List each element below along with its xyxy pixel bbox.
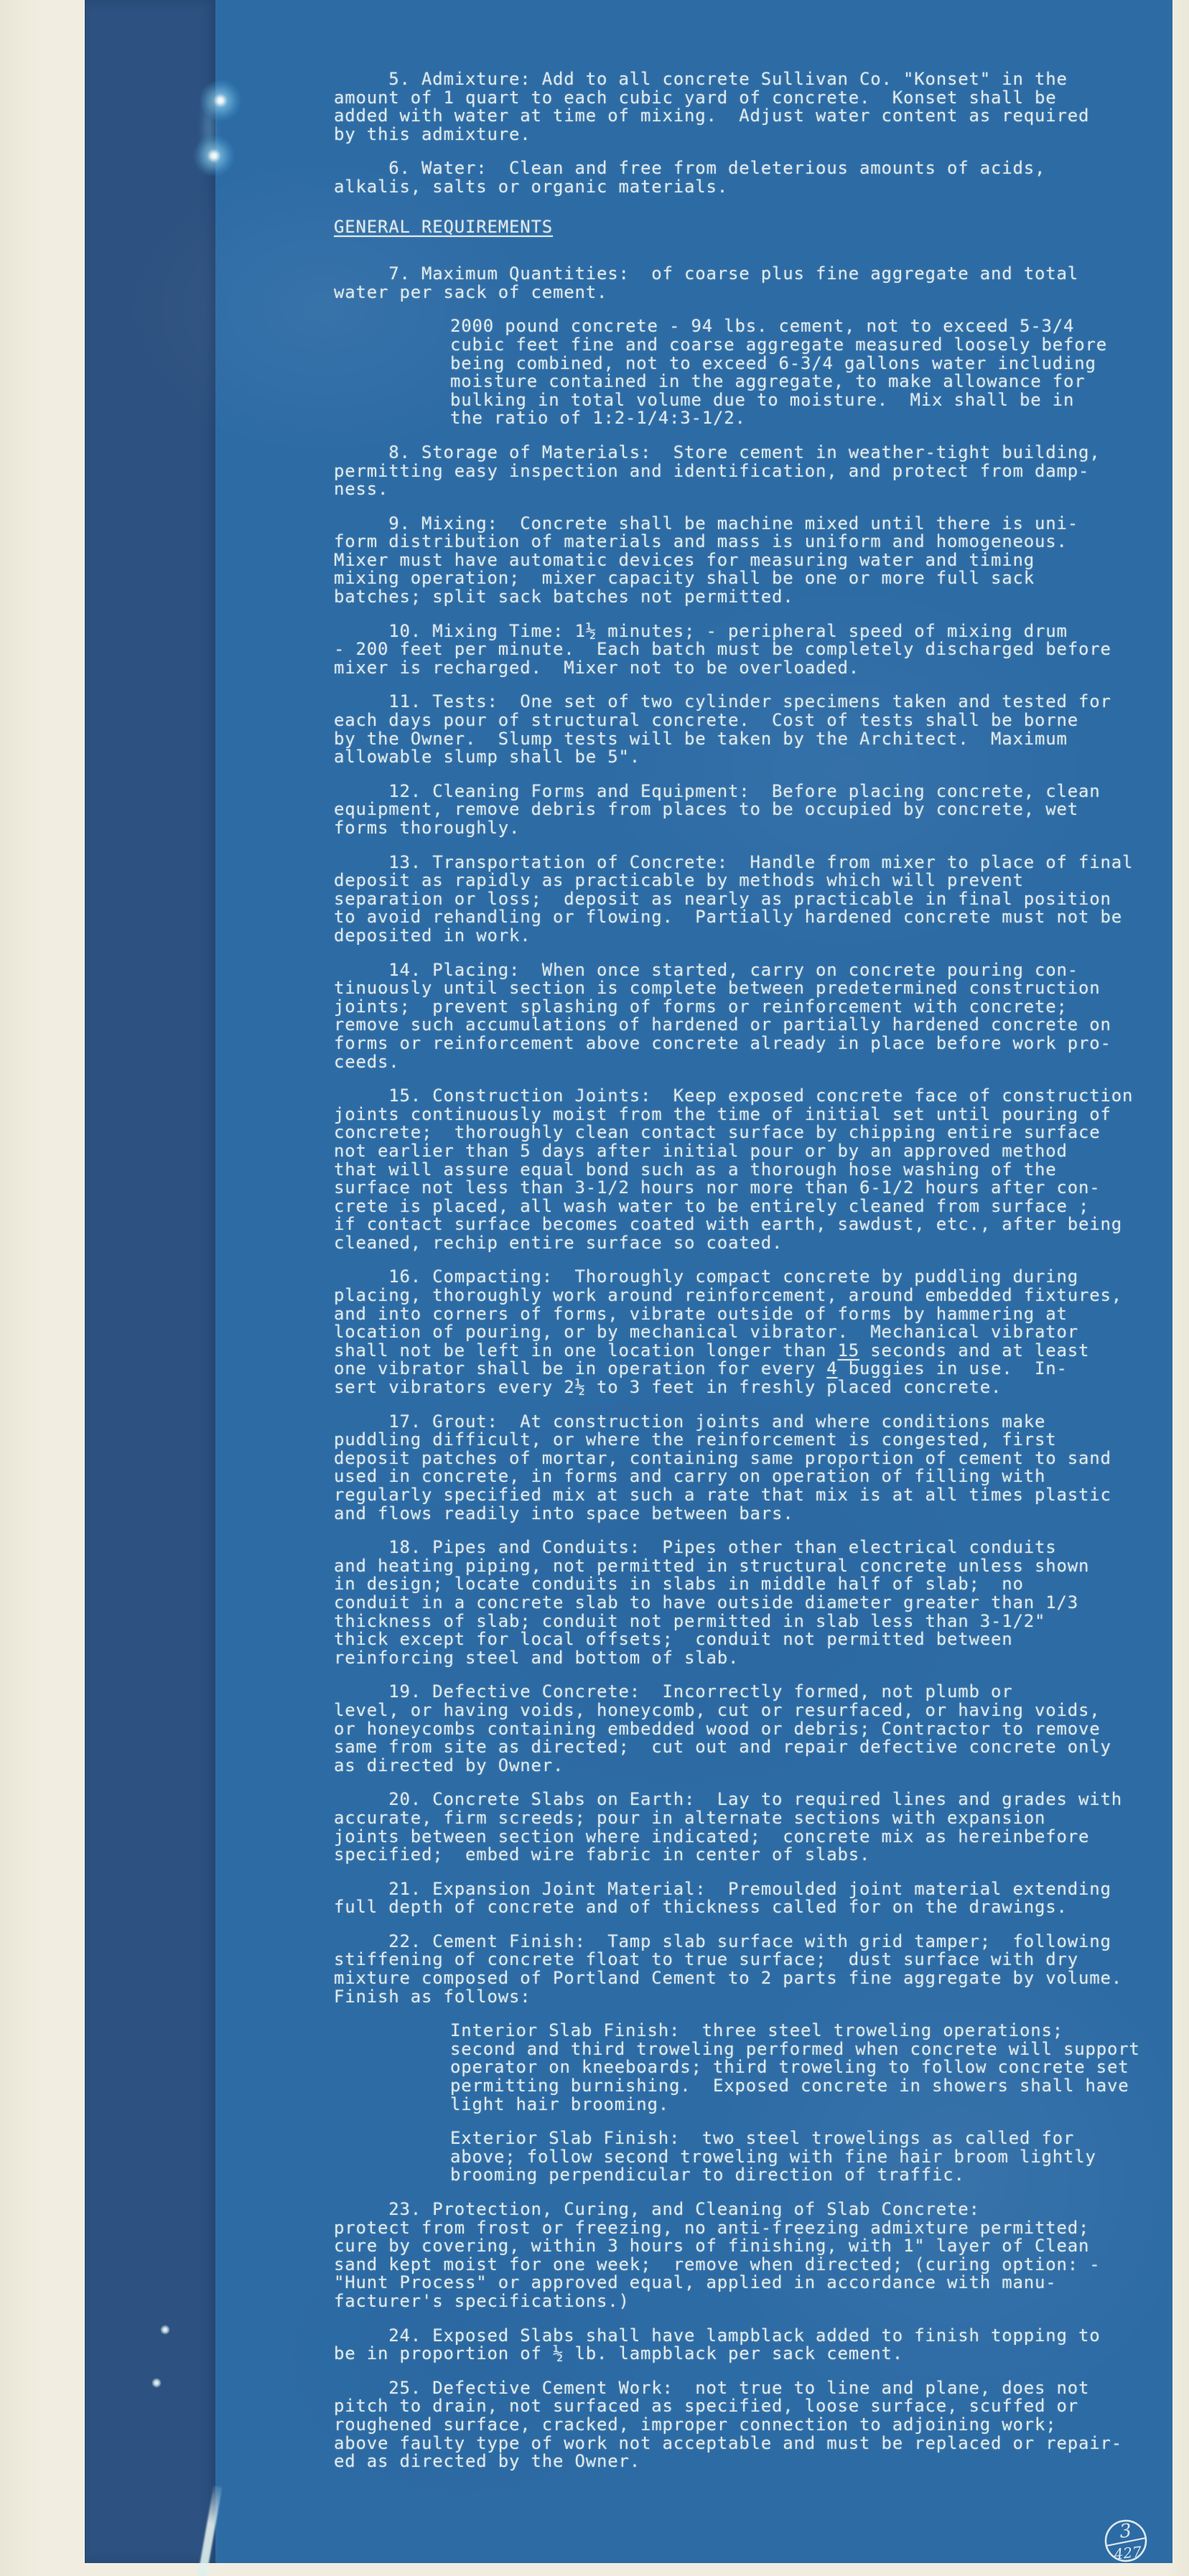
paragraph-12-cleaning-forms: 12. Cleaning Forms and Equipment: Before… — [334, 783, 1152, 838]
paragraph-17-grout: 17. Grout: At construction joints and wh… — [334, 1413, 1152, 1523]
paragraph-20-concrete-slabs-on-earth: 20. Concrete Slabs on Earth: Lay to requ… — [334, 1791, 1152, 1864]
stamp-page-number: 3 — [1119, 2520, 1133, 2543]
binding-edge-band — [85, 0, 215, 2563]
paragraph-5-admixture: 5. Admixture: Add to all concrete Sulliv… — [334, 70, 1152, 144]
paragraph-21-expansion-joint-material: 21. Expansion Joint Material: Premoulded… — [334, 1880, 1152, 1917]
paragraph-16-compacting: 16. Compacting: Thoroughly compact concr… — [334, 1268, 1152, 1396]
specification-text: 5. Admixture: Add to all concrete Sulliv… — [334, 70, 1152, 2487]
paragraph-24-exposed-slabs: 24. Exposed Slabs shall have lampblack a… — [334, 2327, 1152, 2363]
paragraph-19-defective-concrete: 19. Defective Concrete: Incorrectly form… — [334, 1683, 1152, 1775]
paragraph-9-mixing: 9. Mixing: Concrete shall be machine mix… — [334, 515, 1152, 607]
paragraph-6-water: 6. Water: Clean and free from deleteriou… — [334, 159, 1152, 196]
section-heading-general-requirements: GENERAL REQUIREMENTS — [334, 218, 1152, 237]
paragraph-22-cement-finish: 22. Cement Finish: Tamp slab surface wit… — [334, 1933, 1152, 2006]
paragraph-18-pipes-and-conduits: 18. Pipes and Conduits: Pipes other than… — [334, 1539, 1152, 1667]
paragraph-interior-slab-finish: Interior Slab Finish: three steel trowel… — [450, 2022, 1152, 2114]
paragraph-10-mixing-time: 10. Mixing Time: 1½ minutes; - periphera… — [334, 622, 1152, 678]
seam-light-glow — [200, 83, 218, 176]
paragraph-13-transportation: 13. Transportation of Concrete: Handle f… — [334, 854, 1152, 946]
paragraph-14-placing: 14. Placing: When once started, carry on… — [334, 961, 1152, 1072]
paragraph-exterior-slab-finish: Exterior Slab Finish: two steel trowelin… — [450, 2129, 1152, 2185]
paragraph-7-mix-detail: 2000 pound concrete - 94 lbs. cement, no… — [450, 317, 1152, 428]
stamp-sheet-number: 427 — [1113, 2543, 1143, 2563]
paragraph-15-construction-joints: 15. Construction Joints: Keep exposed co… — [334, 1087, 1152, 1252]
paragraph-8-storage-of-materials: 8. Storage of Materials: Store cement in… — [334, 444, 1152, 499]
paragraph-23-protection-curing-cleaning: 23. Protection, Curing, and Cleaning of … — [334, 2201, 1152, 2311]
paragraph-25-defective-cement-work: 25. Defective Cement Work: not true to l… — [334, 2379, 1152, 2471]
paragraph-11-tests: 11. Tests: One set of two cylinder speci… — [334, 693, 1152, 766]
page-number-stamp: 3 427 — [1101, 2515, 1152, 2567]
paragraph-7-maximum-quantities: 7. Maximum Quantities: of coarse plus fi… — [334, 265, 1152, 302]
